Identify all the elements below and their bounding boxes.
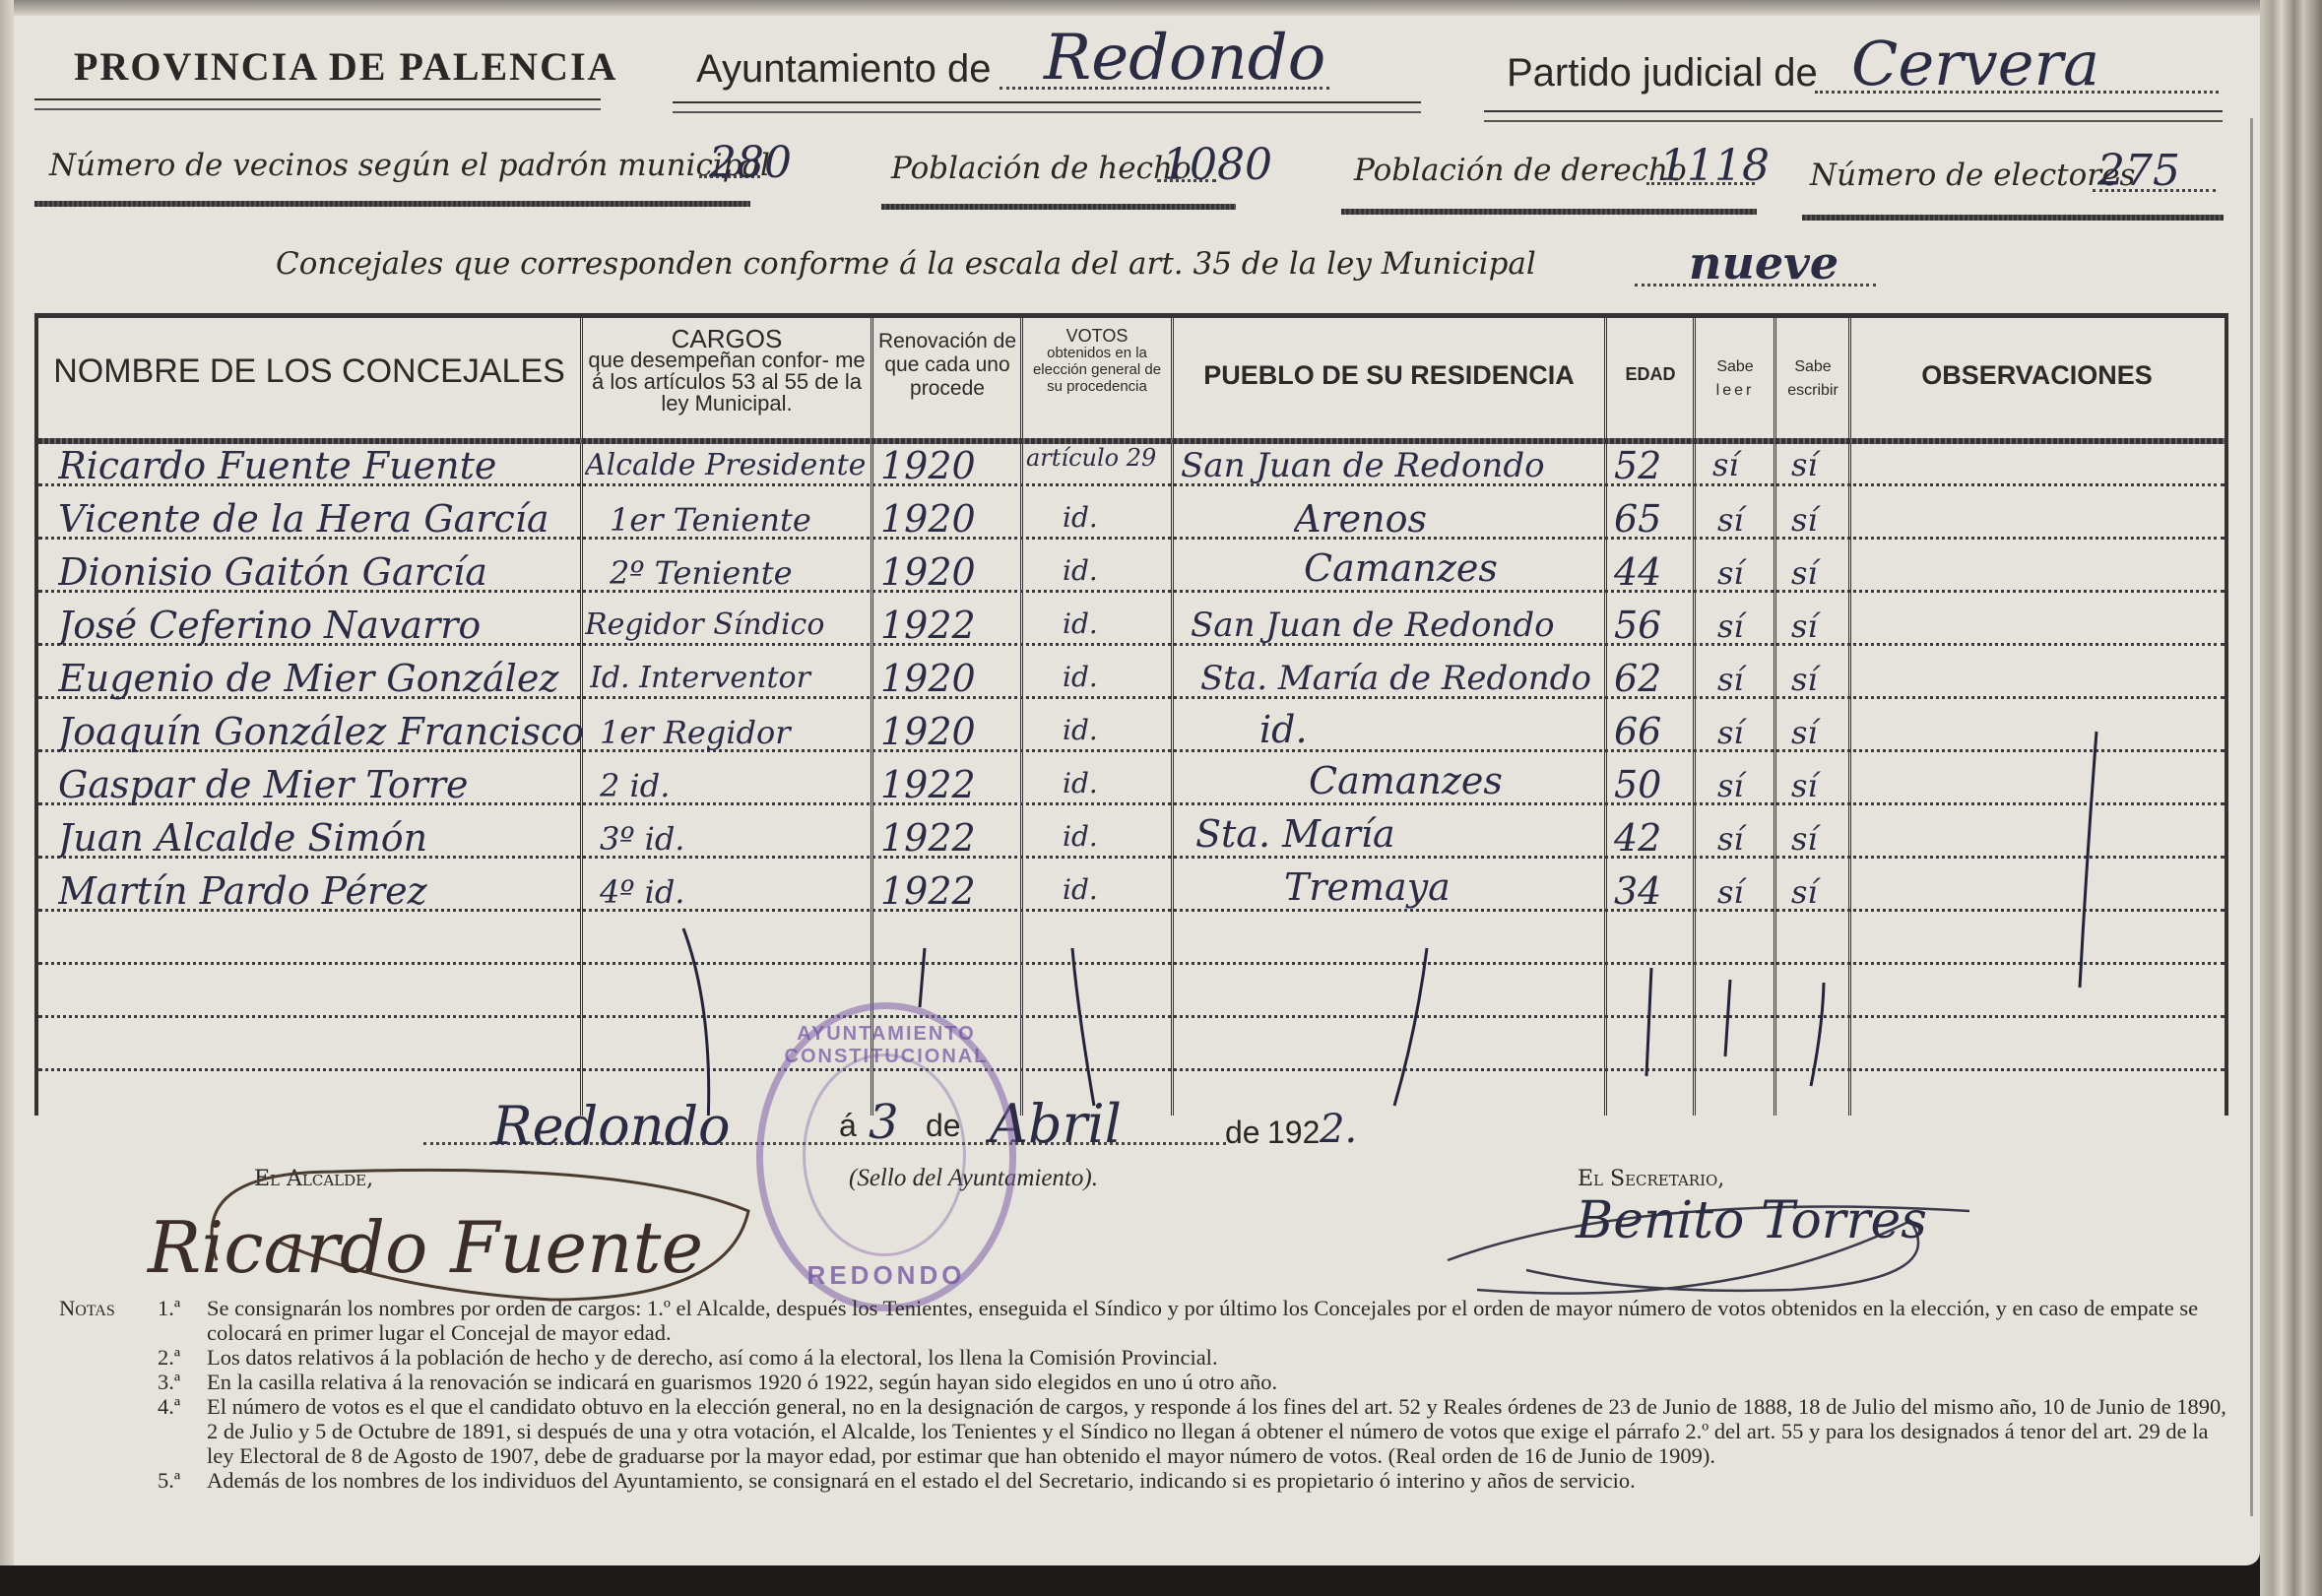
electores-value: 275 (2097, 146, 2180, 196)
derecho-value: 1118 (1659, 141, 1770, 191)
note-item: 4.ª El número de votos es el que el cand… (59, 1394, 2240, 1468)
note-text: Los datos relativos á la población de he… (207, 1345, 1218, 1370)
secretario-signature: Benito Torres (1576, 1191, 1927, 1250)
partido-label: Partido judicial de (1507, 51, 1818, 96)
stats-rule-3 (1341, 209, 1757, 215)
date-place: Redondo (492, 1095, 731, 1157)
note-number: 1.ª (158, 1296, 180, 1320)
ayuntamiento-stamp: AYUNTAMIENTO CONSTITUCIONAL REDONDO (756, 1002, 1016, 1311)
vecinos-label: Número de vecinos según el padrón munici… (49, 148, 770, 183)
note-text: El número de votos es el que el candidat… (207, 1394, 2226, 1468)
derecho-label: Población de derecho (1354, 153, 1687, 188)
note-number: 4.ª (158, 1394, 180, 1419)
header-rule-3 (1484, 110, 2223, 122)
hecho-label: Población de hecho (891, 151, 1192, 186)
stamp-inner-ring (803, 1053, 966, 1256)
note-item: 1.ª Se consignarán los nombres por orden… (59, 1296, 2240, 1345)
electores-label: Número de electores (1810, 158, 2135, 193)
stats-rule-4 (1802, 215, 2224, 221)
province-title: PROVINCIA DE PALENCIA (74, 43, 617, 90)
stamp-bottom-text: REDONDO (763, 1260, 1009, 1291)
header-rule-2 (673, 101, 1421, 113)
page-top-edge (10, 0, 2265, 16)
date-de2: de (1225, 1115, 1260, 1151)
note-number: 3.ª (158, 1370, 180, 1394)
ayuntamiento-value: Redondo (1044, 22, 1325, 95)
cancel-strokes (38, 318, 2225, 1116)
book-binding (2260, 0, 2322, 1596)
note-text: Además de los nombres de los individuos … (207, 1468, 1636, 1493)
ayuntamiento-label: Ayuntamiento de (696, 47, 991, 92)
note-number: 2.ª (158, 1345, 180, 1370)
date-year-printed: 192 (1267, 1115, 1320, 1151)
note-text: Se consignarán los nombres por orden de … (207, 1296, 2198, 1345)
concejales-label: Concejales que corresponden conforme á l… (276, 246, 1536, 282)
concejales-value: nueve (1689, 236, 1838, 289)
note-item: 2.ª Los datos relativos á la población d… (59, 1345, 2240, 1370)
note-text: En la casilla relativa á la renovación s… (207, 1370, 1277, 1394)
partido-value: Cervera (1851, 28, 2099, 99)
page-left-edge (0, 0, 14, 1565)
concejales-table: NOMBRE DE LOS CONCEJALES CARGOS que dese… (34, 313, 2228, 1116)
hecho-value: 1080 (1162, 140, 1272, 190)
document-page: PROVINCIA DE PALENCIA Ayuntamiento de Re… (0, 0, 2260, 1565)
stamp-top-text: AYUNTAMIENTO CONSTITUCIONAL (763, 1023, 1009, 1068)
note-item: 3.ª En la casilla relativa á la renovaci… (59, 1370, 2240, 1394)
page-fold (2250, 118, 2253, 1516)
note-item: 5.ª Además de los nombres de los individ… (59, 1468, 2240, 1493)
stats-rule-2 (881, 204, 1236, 210)
header-rule-1 (34, 98, 601, 110)
vecinos-value: 280 (709, 138, 792, 188)
notes-section: Notas 1.ª Se consignarán los nombres por… (59, 1296, 2240, 1493)
stats-rule-1 (34, 201, 750, 207)
date-year-hand: 2. (1320, 1107, 1357, 1152)
note-number: 5.ª (158, 1468, 180, 1493)
alcalde-signature: Ricardo Fuente (148, 1206, 703, 1289)
